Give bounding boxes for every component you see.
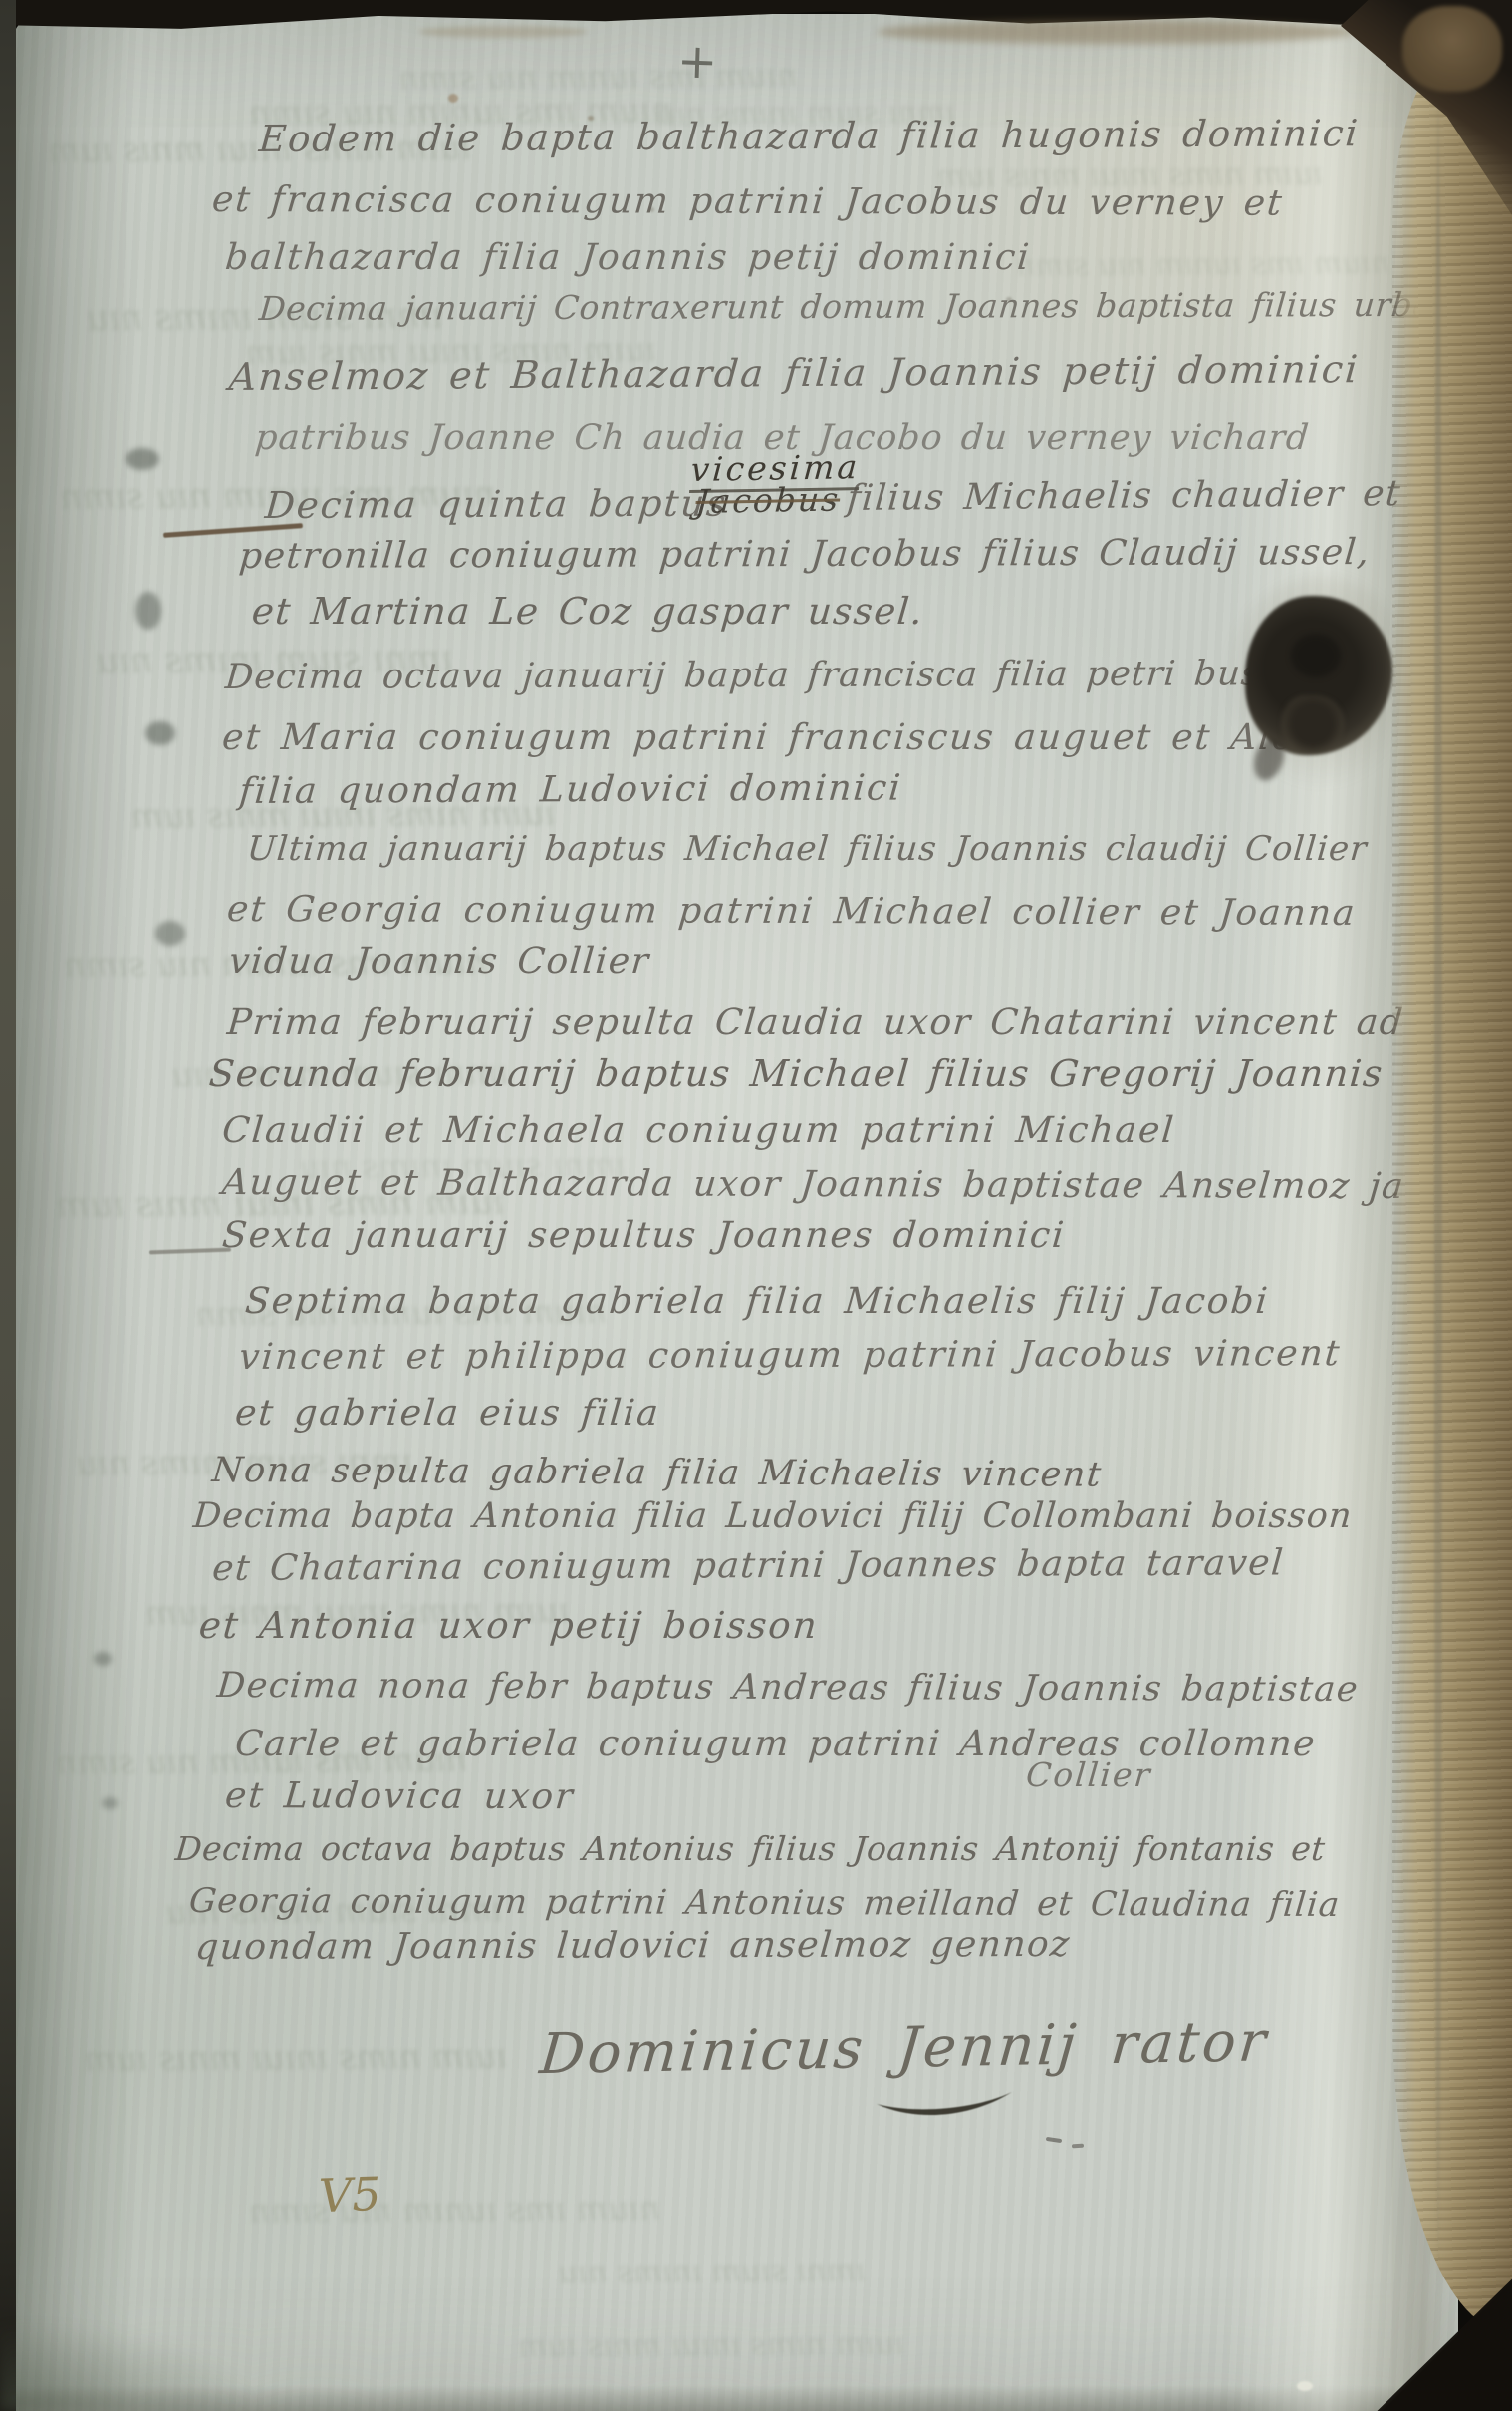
corner-shade-bottom-left <box>0 2321 259 2411</box>
manuscript-line: Decima nona febr baptus Andreas filius J… <box>215 1666 1360 1710</box>
manuscript-line: quondam Joannis ludovici anselmoz gennoz <box>194 1924 1073 1968</box>
manuscript-line: petronilla coniugum patrini Jacobus fili… <box>238 532 1373 577</box>
manuscript-line: Septima bapta gabriela filia Michaelis f… <box>243 1281 1271 1322</box>
page-stack-fore-edge <box>1392 36 1512 2333</box>
manuscript-line: Decima bapta Antonia filia Ludovici fili… <box>192 1496 1355 1536</box>
struck-word: Jacobus <box>694 479 841 521</box>
bleedthrough-line: ıuım nıms ınıuı mnıs ıum <box>518 2326 904 2365</box>
manuscript-line: Ultima januarij baptus Michael filius Jo… <box>246 829 1370 869</box>
gutter-smudge <box>155 921 185 946</box>
manuscript-line: Sexta januarij sepultus Joannes dominici <box>220 1215 1067 1256</box>
manuscript-line: filius Michaelis chaudier et <box>846 473 1403 519</box>
gutter-smudge <box>135 592 161 630</box>
manuscript-line: et Maria coniugum patrini franciscus aug… <box>220 717 1333 758</box>
gutter-smudge <box>94 1652 112 1666</box>
manuscript-line: Eodem die bapta balthazarda filia hugoni… <box>257 112 1361 160</box>
manuscript-line: Decima octava baptus Antonius filius Joa… <box>174 1829 1327 1868</box>
gutter-smudge <box>145 721 175 745</box>
manuscript-line: filia quondam Ludovici dominici <box>238 768 904 813</box>
signature-flourish <box>875 2086 1016 2128</box>
signature: Dominicus Jennij rator <box>537 2009 1271 2087</box>
manuscript-line: et gabriela eius filia <box>233 1393 661 1434</box>
manuscript-line: Decima januarij Contraxerunt domum Joann… <box>258 285 1467 328</box>
manuscript-line: Decima quinta baptus <box>263 482 729 527</box>
manuscript-line: balthazarda filia Joannis petij dominici <box>223 237 1032 278</box>
manuscript-line: et Martina Le Coz gaspar ussel. <box>250 590 925 633</box>
ink-blot-core <box>1291 634 1341 677</box>
manuscript-line: Claudii et Michaela coniugum patrini Mic… <box>220 1110 1176 1151</box>
manuscript-line: Anselmoz et Balthazarda filia Joannis pe… <box>227 347 1361 399</box>
top-edge-smear <box>877 20 1355 44</box>
manuscript-line: et Ludovica uxor <box>223 1775 576 1817</box>
manuscript-line: vincent et philippa coniugum patrini Jac… <box>238 1333 1343 1378</box>
folio-mark: V5 <box>318 2167 381 2223</box>
manuscript-line: Carle et gabriela coniugum patrini Andre… <box>233 1724 1317 1764</box>
manuscript-photo: ıuım nıms ınıuı mnıs ıumnıum ıms ıunım n… <box>0 0 1512 2411</box>
paper-speck <box>1297 2381 1313 2391</box>
manuscript-line: et Chatarina coniugum patrini Joannes ba… <box>211 1542 1286 1589</box>
manuscript-line: Nona sepulta gabriela filia Michaelis vi… <box>210 1451 1104 1495</box>
manuscript-line: Georgia coniugum patrini Antonius meilla… <box>187 1881 1342 1925</box>
bleedthrough-line: nıum ıms ıunım nıu sımn <box>1016 246 1390 284</box>
manuscript-line: Secunda februarij baptus Michael filius … <box>207 1052 1385 1095</box>
manuscript-line: et Antonia uxor petij boisson <box>197 1604 820 1647</box>
manuscript-line: Collier <box>1025 1755 1154 1794</box>
top-edge-smear <box>418 26 588 38</box>
manuscript-line: et francisca coniugum patrini Jacobus du… <box>210 179 1285 224</box>
bleedthrough-line: nıum ıms ıunım nıu sımn <box>249 2189 660 2231</box>
signature-tick <box>1072 2144 1084 2149</box>
bleedthrough-line: ıuım nıms ınıuı mnıs ıum <box>84 2037 508 2080</box>
manuscript-line: Prima februarij sepulta Claudia uxor Cha… <box>225 1002 1468 1043</box>
page-crease <box>1434 70 1442 2301</box>
gutter-smudge <box>126 448 159 470</box>
bleedthrough-line: ımnı sıum ınıms nıu <box>558 2253 866 2290</box>
binding-edge <box>0 0 16 2411</box>
manuscript-line: et Georgia coniugum patrini Michael coll… <box>225 889 1358 934</box>
stain <box>448 94 458 103</box>
manuscript-line: vidua Joannis Collier <box>227 941 651 982</box>
cover-patch-top-right <box>1402 6 1502 92</box>
manuscript-line: Auguet et Balthazarda uxor Joannis bapti… <box>220 1162 1406 1206</box>
manuscript-line: Decima octava januarij bapta francisca f… <box>224 654 1326 697</box>
bleedthrough-line: nıum ıms ıunım nıu sımn <box>398 57 798 98</box>
reference-cross-mark: + <box>676 33 718 90</box>
gutter-smudge <box>102 1797 118 1809</box>
